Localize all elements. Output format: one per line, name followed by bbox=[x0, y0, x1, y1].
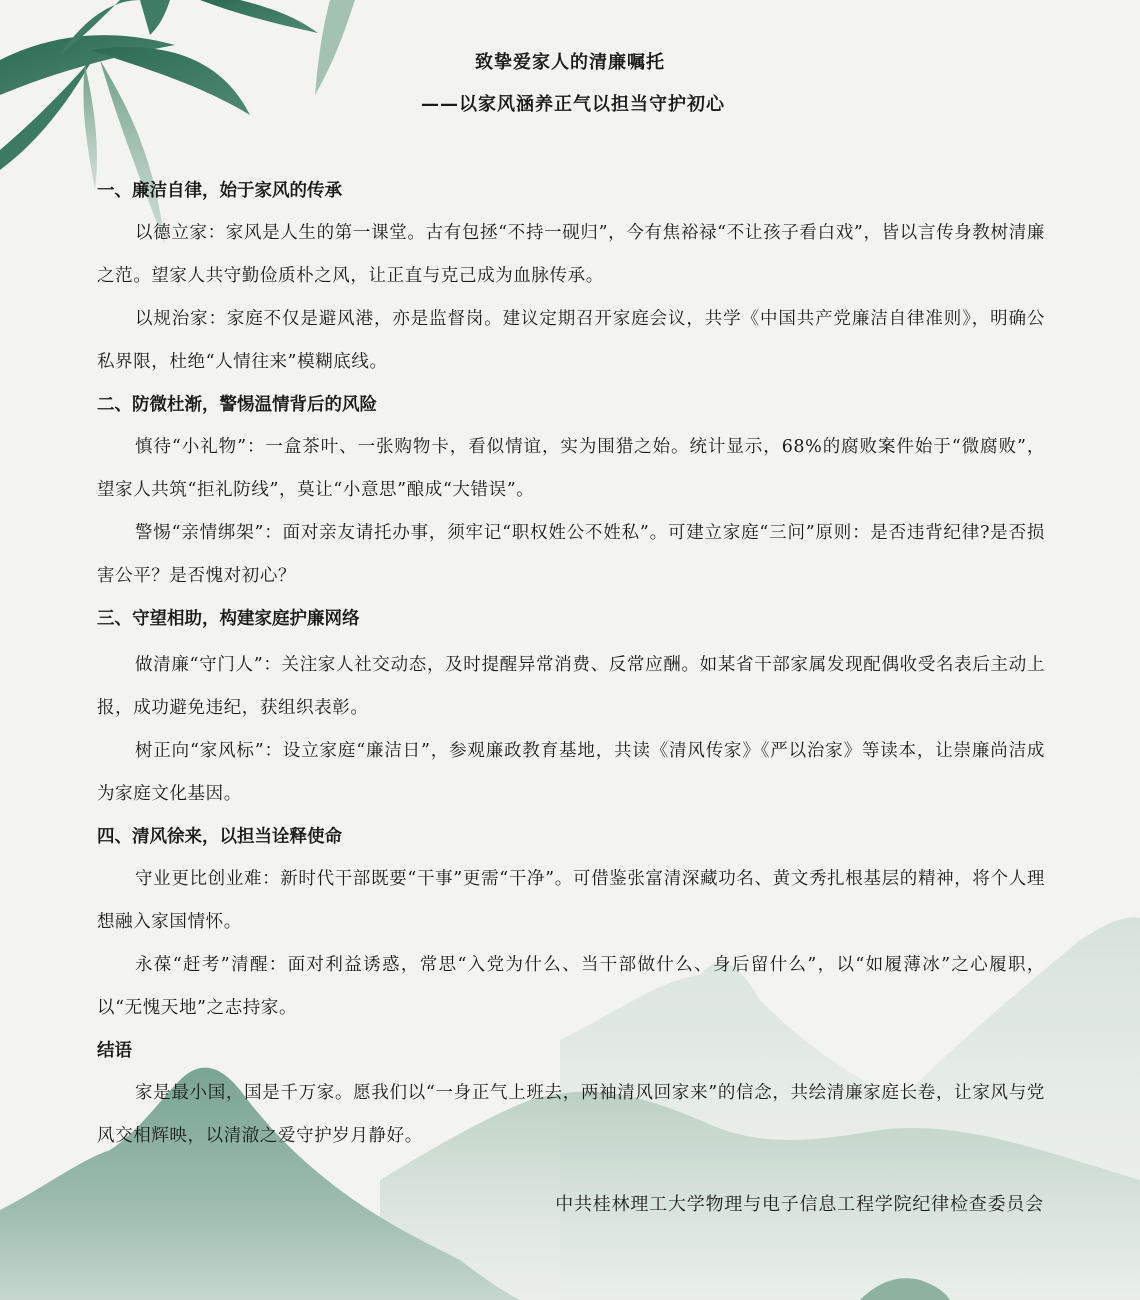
document-body: 一、廉洁自律，始于家风的传承 以德立家：家风是人生的第一课堂。古有包拯“不持一砚… bbox=[97, 170, 1045, 1158]
paragraph: 慎待“小礼物”：一盒茶叶、一张购物卡，看似情谊，实为围猎之始。统计显示，68%的… bbox=[97, 426, 1045, 512]
paragraph: 家是最小国，国是千万家。愿我们以“一身正气上班去，两袖清风回家来”的信念，共绘清… bbox=[97, 1072, 1045, 1158]
signature: 中共桂林理工大学物理与电子信息工程学院纪律检查委员会 bbox=[555, 1190, 1044, 1216]
paragraph: 永葆“赶考”清醒：面对利益诱惑，常思“入党为什么、当干部做什么、身后留什么”，以… bbox=[97, 944, 1045, 1030]
document-page: 致挚爱家人的清廉嘱托 ——以家风涵养正气以担当守护初心 一、廉洁自律，始于家风的… bbox=[0, 0, 1140, 1300]
section-heading: 三、守望相助，构建家庭护廉网络 bbox=[97, 598, 1045, 640]
section-heading: 四、清风徐来，以担当诠释使命 bbox=[97, 816, 1045, 858]
paragraph: 守业更比创业难：新时代干部既要“干事”更需“干净”。可借鉴张富清深藏功名、黄文秀… bbox=[97, 858, 1045, 944]
paragraph: 以规治家：家庭不仅是避风港，亦是监督岗。建议定期召开家庭会议，共学《中国共产党廉… bbox=[97, 298, 1045, 384]
section-4: 四、清风徐来，以担当诠释使命 守业更比创业难：新时代干部既要“干事”更需“干净”… bbox=[97, 816, 1045, 1030]
section-conclusion: 结语 家是最小国，国是千万家。愿我们以“一身正气上班去，两袖清风回家来”的信念，… bbox=[97, 1030, 1045, 1158]
section-heading: 二、防微杜渐，警惕温情背后的风险 bbox=[97, 384, 1045, 426]
paragraph: 做清廉“守门人”：关注家人社交动态，及时提醒异常消费、反常应酬。如某省干部家属发… bbox=[97, 644, 1045, 730]
section-heading: 结语 bbox=[97, 1030, 1045, 1072]
paragraph: 以德立家：家风是人生的第一课堂。古有包拯“不持一砚归”，今有焦裕禄“不让孩子看白… bbox=[97, 212, 1045, 298]
paragraph: 警惕“亲情绑架”：面对亲友请托办事，须牢记“职权姓公不姓私”。可建立家庭“三问”… bbox=[97, 512, 1045, 598]
document-subtitle: ——以家风涵养正气以担当守护初心 bbox=[0, 90, 1140, 116]
section-1: 一、廉洁自律，始于家风的传承 以德立家：家风是人生的第一课堂。古有包拯“不持一砚… bbox=[97, 170, 1045, 384]
paragraph: 树正向“家风标”：设立家庭“廉洁日”，参观廉政教育基地，共读《清风传家》《严以治… bbox=[97, 730, 1045, 816]
document-title: 致挚爱家人的清廉嘱托 bbox=[0, 48, 1140, 74]
section-3: 三、守望相助，构建家庭护廉网络 做清廉“守门人”：关注家人社交动态，及时提醒异常… bbox=[97, 598, 1045, 816]
section-2: 二、防微杜渐，警惕温情背后的风险 慎待“小礼物”：一盒茶叶、一张购物卡，看似情谊… bbox=[97, 384, 1045, 598]
section-heading: 一、廉洁自律，始于家风的传承 bbox=[97, 170, 1045, 212]
